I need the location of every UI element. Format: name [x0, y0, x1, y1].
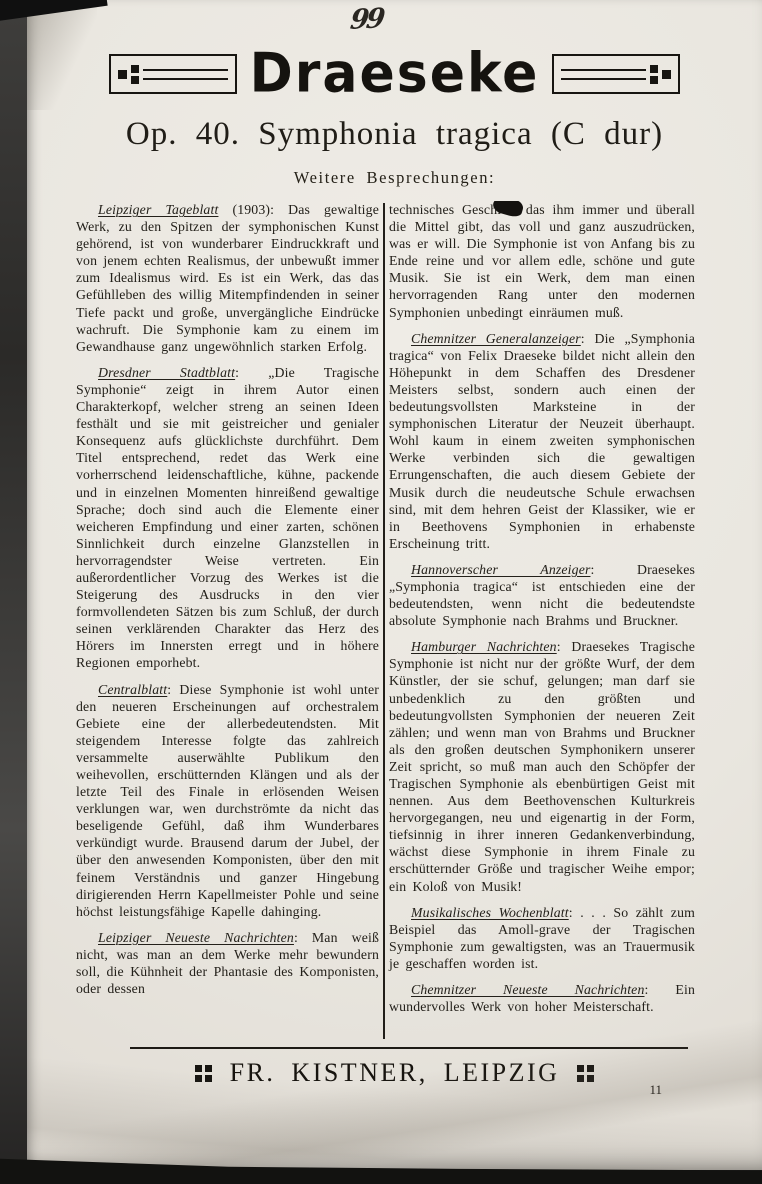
ornament-square — [118, 70, 127, 79]
review-source-suffix: (1903): — [218, 202, 288, 217]
paper-sheet: 99 Draeseke — [27, 0, 762, 1170]
review-paragraph: Chemnitzer Generalanzeiger: Die „Symphon… — [389, 330, 695, 552]
review-source-suffix: : — [581, 331, 595, 346]
review-paragraph: Dresdner Stadtblatt: „Die Tragische Symp… — [76, 364, 379, 672]
review-paragraph: Centralblatt: Diese Symphonie ist wohl u… — [76, 681, 379, 920]
ornament-square — [662, 70, 671, 79]
review-source: Chemnitzer Generalanzeiger — [411, 331, 581, 346]
review-text: technisches Geschick, das ihm immer und … — [389, 202, 695, 320]
review-text: Draesekes Tragische Symphonie ist nicht … — [389, 639, 695, 893]
ornament-rule — [143, 69, 228, 71]
review-source: Dresdner Stadtblatt — [98, 365, 235, 380]
ornament-rule — [143, 78, 228, 80]
subtitle: Weitere Besprechungen: — [27, 168, 762, 188]
ornament-squares-right-icon — [577, 1065, 594, 1082]
ornament-square — [650, 76, 658, 84]
imprint-text: FR. KISTNER, LEIPZIG — [230, 1058, 560, 1088]
scanned-page: 99 Draeseke — [0, 0, 762, 1184]
publisher-name: Draeseke — [250, 47, 540, 101]
review-columns: Leipziger Tageblatt (1903): Das gewaltig… — [27, 201, 762, 1047]
review-source: Hamburger Nachrichten — [411, 639, 557, 654]
review-paragraph: Leipziger Neueste Nachrichten: Man weiß … — [76, 929, 379, 997]
footer-rule — [130, 1047, 688, 1049]
review-source: Centralblatt — [98, 682, 167, 697]
review-text: Diese Symphonie ist wohl unter den neuer… — [76, 682, 379, 919]
left-column: Leipziger Tageblatt (1903): Das gewaltig… — [76, 201, 379, 1047]
page-title: Op. 40. Symphonia tragica (C dur) — [27, 116, 762, 153]
review-source-suffix: : — [645, 982, 676, 997]
review-paragraph: Musikalisches Wochenblatt: . . . So zähl… — [389, 904, 695, 972]
review-source-suffix: : — [557, 639, 572, 654]
review-source-suffix: : — [167, 682, 179, 697]
ornament-rules — [561, 69, 646, 80]
ornament-square-column — [131, 65, 139, 84]
ornament-rule — [561, 69, 646, 71]
review-text: Das gewaltige Werk, zu den Spitzen der s… — [76, 202, 379, 354]
column-divider — [383, 203, 385, 1039]
review-source: Leipziger Neueste Nachrichten — [98, 930, 294, 945]
review-source-suffix: : — [590, 562, 636, 577]
ornament-box-right-icon — [552, 54, 680, 94]
review-paragraph: Chemnitzer Neueste Nachrichten: Ein wund… — [389, 981, 695, 1015]
review-source: Musikalisches Wochenblatt — [411, 905, 569, 920]
review-paragraph-continuation: technisches Geschick, das ihm immer und … — [389, 201, 695, 321]
ornament-square-column — [650, 65, 658, 84]
review-source-suffix: : — [569, 905, 580, 920]
review-source: Leipziger Tageblatt — [98, 202, 218, 217]
page-number: 11 — [649, 1082, 662, 1098]
ornament-square — [650, 65, 658, 73]
ornament-rule — [561, 78, 646, 80]
ornament-square — [131, 76, 139, 84]
review-source-suffix: : — [294, 930, 312, 945]
review-text: „Die Tragische Symphonie“ zeigt in ihrem… — [76, 365, 379, 671]
review-text: Die „Symphonia tragica“ von Felix Draese… — [389, 331, 695, 551]
review-source: Chemnitzer Neueste Nachrichten — [411, 982, 645, 997]
right-column: technisches Geschick, das ihm immer und … — [389, 201, 695, 1047]
review-source: Hannoverscher Anzeiger — [411, 562, 590, 577]
masthead: Draeseke — [27, 49, 762, 99]
review-paragraph: Hannoverscher Anzeiger: Draesekes „Symph… — [389, 561, 695, 629]
ornament-squares-left-icon — [195, 1065, 212, 1082]
review-paragraph: Leipziger Tageblatt (1903): Das gewaltig… — [76, 201, 379, 355]
ornament-box-left-icon — [109, 54, 237, 94]
review-paragraph: Hamburger Nachrichten: Draesekes Tragisc… — [389, 638, 695, 894]
review-source-suffix: : — [235, 365, 268, 380]
ornament-rules — [143, 69, 228, 80]
ornament-square — [131, 65, 139, 73]
